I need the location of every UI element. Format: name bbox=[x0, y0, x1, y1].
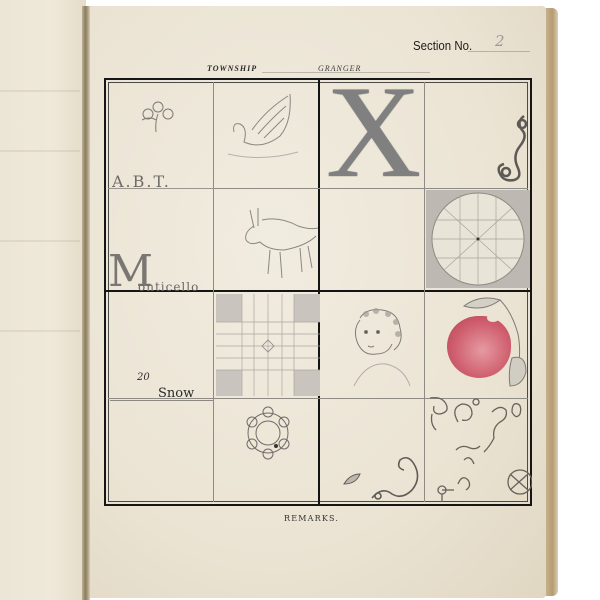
paper-stain bbox=[0, 240, 80, 242]
paper-stain bbox=[0, 330, 80, 332]
plaid-pattern-drawing bbox=[216, 294, 320, 396]
remarks-label: REMARKS. bbox=[284, 514, 339, 523]
apple-leaves-drawing bbox=[460, 294, 532, 394]
ornament-scrolls-drawing bbox=[428, 394, 532, 502]
handwritten-name: Snow bbox=[158, 386, 194, 401]
paper-stain bbox=[0, 150, 80, 152]
grid-line-vertical bbox=[213, 82, 214, 502]
flower-sprig-drawing bbox=[136, 100, 180, 134]
scroll-flourish-drawing bbox=[488, 112, 532, 186]
section-label: Section No. bbox=[413, 38, 472, 53]
grid-quadrant-divider-vertical bbox=[318, 80, 320, 504]
geometric-circle-drawing bbox=[426, 190, 530, 288]
leaf-scroll-drawing bbox=[342, 444, 426, 504]
section-value: 2 bbox=[495, 32, 505, 50]
paper-stain bbox=[0, 90, 80, 92]
left-page bbox=[0, 0, 86, 600]
township-label: TOWNSHIP bbox=[207, 64, 257, 73]
section-underline bbox=[468, 51, 530, 52]
floral-wreath-drawing bbox=[238, 404, 298, 462]
handwritten-number: 20 bbox=[137, 372, 150, 383]
large-letter-x: X bbox=[326, 72, 421, 192]
swan-drawing bbox=[222, 90, 302, 160]
donkey-drawing bbox=[240, 206, 320, 284]
book-spine bbox=[82, 6, 90, 600]
child-face-drawing bbox=[346, 306, 416, 388]
initials-underline bbox=[110, 188, 214, 189]
grid-line-vertical bbox=[424, 82, 425, 502]
monticello-text: onticello bbox=[138, 280, 199, 294]
name-underline bbox=[110, 400, 214, 401]
